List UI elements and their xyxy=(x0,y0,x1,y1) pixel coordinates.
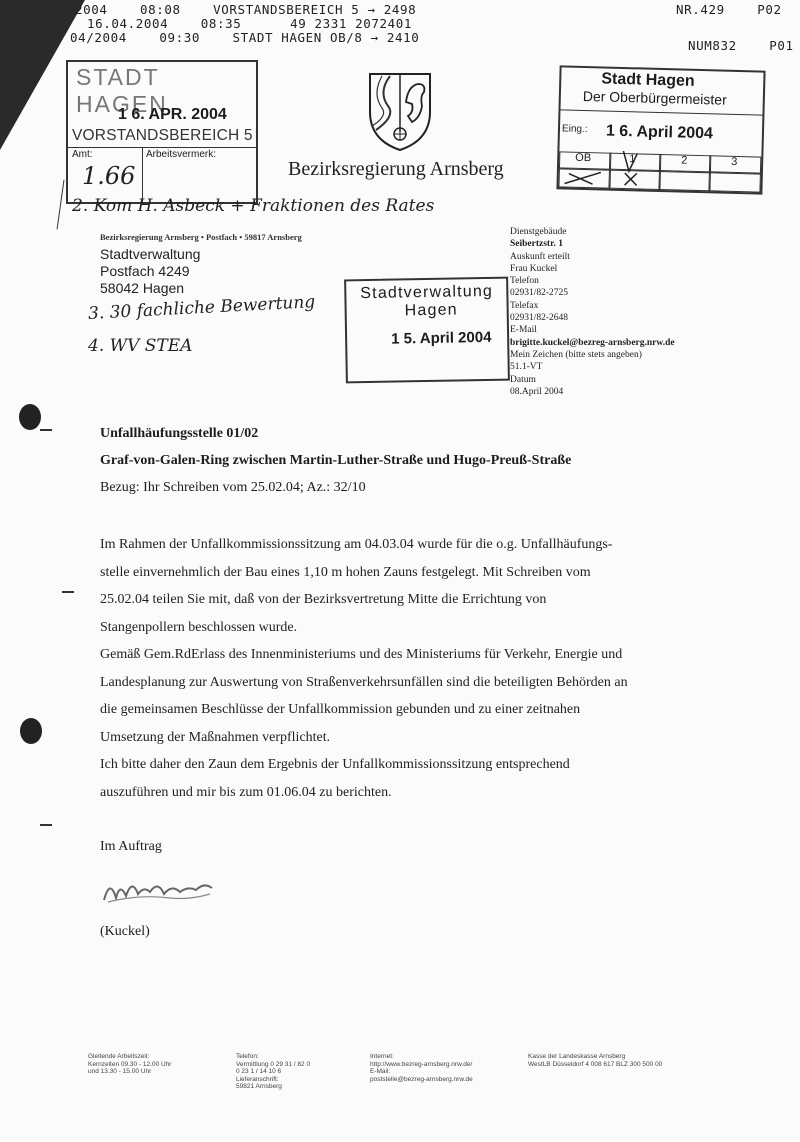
info-phone-value: 02931/82-2725 xyxy=(510,287,675,299)
body-line: Landesplanung zur Auswertung von Straßen… xyxy=(100,669,720,697)
recipient-line-2: Postfach 4249 xyxy=(100,263,190,279)
subject-line-1: Unfallhäufungsstelle 01/02 xyxy=(100,426,258,442)
closing-im-auftrag: Im Auftrag xyxy=(100,839,162,855)
footer-office-hours: Gleitende Arbeitszeit: Kernzeiten 09.30 … xyxy=(88,1053,171,1076)
subject-line-2: Graf-von-Galen-Ring zwischen Martin-Luth… xyxy=(100,453,571,469)
info-contact-label: Auskunft erteilt xyxy=(510,251,675,263)
closing-name: (Kuckel) xyxy=(100,924,150,940)
info-email-label: E-Mail xyxy=(510,324,675,336)
body-line: auszuführen und mir bis zum 01.06.04 zu … xyxy=(100,779,720,807)
info-building-label: Dienstgebäude xyxy=(510,226,675,238)
sender-return-address: Bezirksregierung Arnsberg • Postfach • 5… xyxy=(100,232,302,242)
stamp-arbeitsvermerk-label: Arbeitsvermerk: xyxy=(146,149,216,160)
stamp-stadtverwaltung-line1: Stadtverwaltung xyxy=(360,283,493,303)
footer-internet: Internet: http://www.bezreg-arnsberg.nrw… xyxy=(370,1053,473,1083)
info-reference-label: Mein Zeichen (bitte stets angeben) xyxy=(510,349,675,361)
stamp-stadtverwaltung: Stadtverwaltung Hagen 1 5. April 2004 xyxy=(344,277,510,384)
fax-header-line-2: 16.04.2004 08:35 49 2331 2072401 xyxy=(87,16,412,31)
stamp-vorstandsbereich: STADT HAGEN 1 6. APR. 2004 VORSTANDSBERE… xyxy=(66,60,258,204)
body-line: Gemäß Gem.RdErlass des Innenministeriums… xyxy=(100,641,720,669)
stamp-oberbuergermeister: Stadt Hagen Der Oberbürgermeister Eing.:… xyxy=(556,65,765,194)
stamp-amt-label: Amt: xyxy=(72,149,93,160)
info-phone-label: Telefon xyxy=(510,275,675,287)
body-line: die gemeinsamen Beschlüsse der Unfallkom… xyxy=(100,696,720,724)
stamp-vorstand-date: 1 6. APR. 2004 xyxy=(118,106,227,124)
body-line: Umsetzung der Maßnahmen verpflichtet. xyxy=(100,724,720,752)
info-date-label: Datum xyxy=(510,374,675,386)
recipient-line-3: 58042 Hagen xyxy=(100,280,184,296)
letter-body: Im Rahmen der Unfallkommissionssitzung a… xyxy=(100,531,720,806)
fold-mark xyxy=(40,824,52,826)
handwritten-note-3: 3. 30 fachliche Bewertung xyxy=(88,292,316,324)
stamp-ob-col-ob: OB xyxy=(575,152,591,164)
fax-page-number-2: NUM832 P01 xyxy=(688,38,794,53)
info-building-value: Seibertzstr. 1 xyxy=(510,238,675,250)
punch-hole-top xyxy=(19,404,41,430)
body-line: Stangenpollern beschlossen wurde. xyxy=(100,614,720,642)
signature-icon xyxy=(100,872,220,913)
stamp-ob-eing-label: Eing.: xyxy=(562,123,588,135)
stamp-amt-value: 1.66 xyxy=(82,162,135,190)
info-fax-value: 02931/82-2648 xyxy=(510,312,675,324)
info-fax-label: Telefax xyxy=(510,300,675,312)
body-line: Ich bitte daher den Zaun dem Ergebnis de… xyxy=(100,751,720,779)
stamp-vorstand-department: VORSTANDSBEREICH 5 xyxy=(72,127,253,145)
info-reference-value: 51.1-VT xyxy=(510,361,675,373)
info-email-value[interactable]: brigitte.kuckel@bezreg-arnsberg.nrw.de xyxy=(510,337,675,349)
fax-header-line-3: 04/2004 09:30 STADT HAGEN OB/8 → 2410 xyxy=(70,30,419,45)
body-line: Im Rahmen der Unfallkommissionssitzung a… xyxy=(100,531,720,559)
stamp-ob-title: Stadt Hagen xyxy=(601,70,695,90)
nrw-coat-of-arms-icon xyxy=(368,72,432,157)
stamp-ob-col-3: 3 xyxy=(731,156,737,168)
stamp-ob-col-2: 2 xyxy=(681,155,687,167)
stamp-ob-subtitle: Der Oberbürgermeister xyxy=(583,88,727,108)
footer-bank: Kasse der Landeskasse Arnsberg WestLB Dü… xyxy=(528,1053,662,1068)
body-line: 25.02.04 teilen Sie mit, daß von der Bez… xyxy=(100,586,720,614)
body-line: stelle einvernehmlich der Bau eines 1,10… xyxy=(100,559,720,587)
cross-mark-icon xyxy=(563,169,603,186)
subject-reference: Bezug: Ihr Schreiben vom 25.02.04; Az.: … xyxy=(100,480,366,496)
footer-website-link[interactable]: http://www.bezreg-arnsberg.nrw.de/ xyxy=(370,1061,473,1069)
info-contact-value: Frau Kuckel xyxy=(510,263,675,275)
recipient-line-1: Stadtverwaltung xyxy=(100,246,200,262)
stamp-stadtverwaltung-date: 1 5. April 2004 xyxy=(391,329,492,348)
fax-page-number-1: NR.429 P02 xyxy=(676,2,782,17)
footer-phone: Telefon: Vermittlung 0 29 31 / 82 0 0 23… xyxy=(236,1053,310,1091)
punch-hole-bottom xyxy=(20,718,42,744)
handwritten-margin-line xyxy=(57,180,71,230)
letterhead-org-name: Bezirksregierung Arnsberg xyxy=(288,158,504,181)
contact-info-column: Dienstgebäude Seibertzstr. 1 Auskunft er… xyxy=(510,226,675,398)
check-mark-icon xyxy=(618,147,643,188)
fold-mark xyxy=(62,591,74,593)
handwritten-note-2: 2. Kom H. Asbeck + Fraktionen des Rates xyxy=(72,196,434,216)
fax-header-line-1: 2004 08:08 VORSTANDSBEREICH 5 → 2498 xyxy=(75,2,416,17)
footer-email-link[interactable]: poststelle@bezreg-arnsberg.nrw.de xyxy=(370,1076,473,1084)
fold-mark xyxy=(40,429,52,431)
stamp-stadtverwaltung-line2: Hagen xyxy=(405,301,458,320)
handwritten-note-4: 4. WV STEA xyxy=(88,336,192,356)
info-date-value: 08.April 2004 xyxy=(510,386,675,398)
stamp-ob-date: 1 6. April 2004 xyxy=(606,123,713,144)
